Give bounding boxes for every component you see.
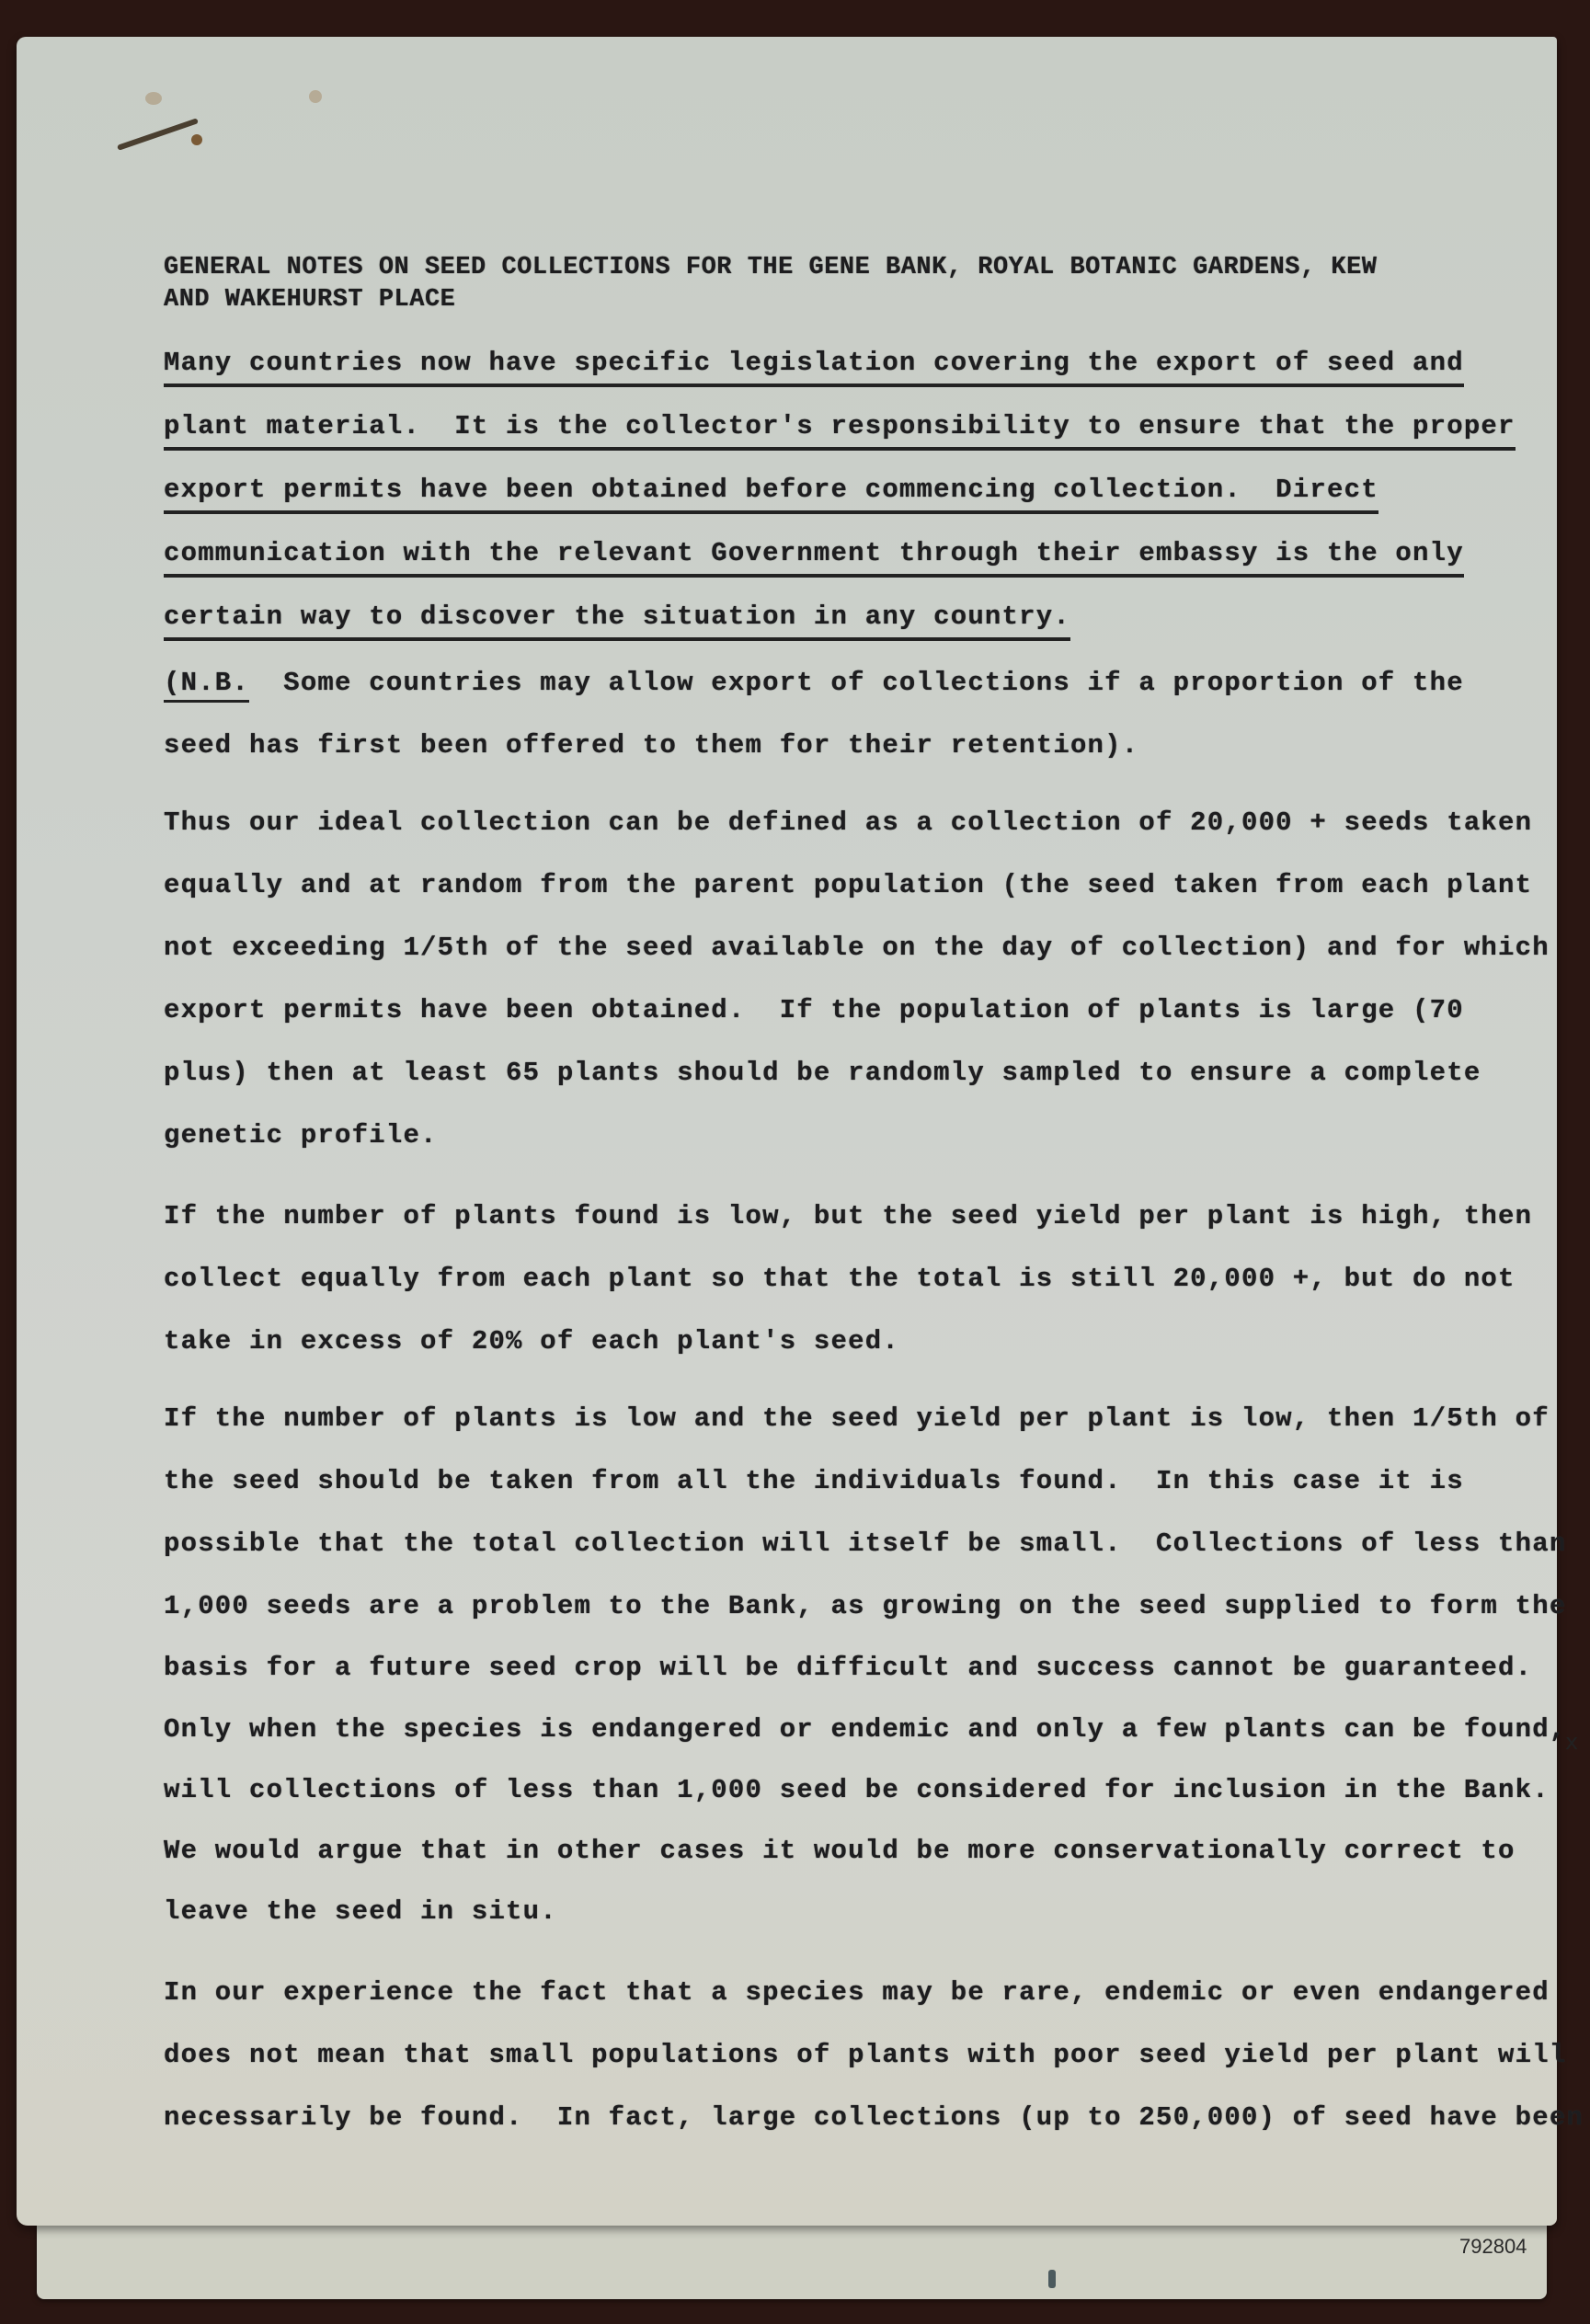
paragraph-line: not exceeding 1/5th of the seed availabl… [164,933,1550,963]
paragraph-line: possible that the total collection will … [164,1528,1566,1559]
rust-stain [309,90,322,103]
paragraph-line: genetic profile. [164,1120,438,1151]
warning-line: Many countries now have specific legisla… [164,348,1464,387]
paragraph-line: the seed should be taken from all the in… [164,1466,1464,1496]
paragraph-line: Thus our ideal collection can be defined… [164,807,1532,838]
paragraph-line: export permits have been obtained. If th… [164,995,1464,1025]
warning-line: plant material. It is the collector's re… [164,411,1516,451]
paragraph-line: Only when the species is endangered or e… [164,1714,1566,1745]
rust-stain [145,92,162,105]
paragraph-line: leave the seed in situ. [164,1896,557,1927]
nb-text: Some countries may allow export of colle… [249,668,1464,698]
warning-line: communication with the relevant Governme… [164,538,1464,578]
paragraph-line: In our experience the fact that a specie… [164,1977,1550,2008]
document-title-line-1: GENERAL NOTES ON SEED COLLECTIONS FOR TH… [164,254,1378,281]
pin-head-icon [191,134,202,145]
warning-line: export permits have been obtained before… [164,475,1378,514]
nb-label: (N.B. [164,668,249,703]
paragraph-line: plus) then at least 65 plants should be … [164,1058,1481,1088]
nb-line-1: (N.B. Some countries may allow export of… [164,668,1464,698]
paragraph-line: does not mean that small populations of … [164,2040,1566,2070]
paragraph-line: collect equally from each plant so that … [164,1264,1516,1294]
paragraph-line: will collections of less than 1,000 seed… [164,1775,1550,1805]
edge-mark: x [1565,1729,1578,1755]
ink-mark [1048,2270,1056,2288]
paragraph-line: 1,000 seeds are a problem to the Bank, a… [164,1591,1566,1621]
document-title-line-2: AND WAKEHURST PLACE [164,286,455,314]
nb-line-2: seed has first been offered to them for … [164,730,1138,761]
paragraph-line: If the number of plants is low and the s… [164,1403,1550,1434]
paragraph-line: basis for a future seed crop will be dif… [164,1653,1532,1683]
paragraph-line: If the number of plants found is low, bu… [164,1201,1532,1231]
paragraph-line: necessarily be found. In fact, large col… [164,2102,1584,2133]
paragraph-line: equally and at random from the parent po… [164,870,1532,900]
paragraph-line: We would argue that in other cases it wo… [164,1836,1516,1866]
archive-stamp-number: 792804 [1459,2235,1527,2259]
paragraph-line: take in excess of 20% of each plant's se… [164,1326,899,1357]
warning-line: certain way to discover the situation in… [164,601,1070,641]
